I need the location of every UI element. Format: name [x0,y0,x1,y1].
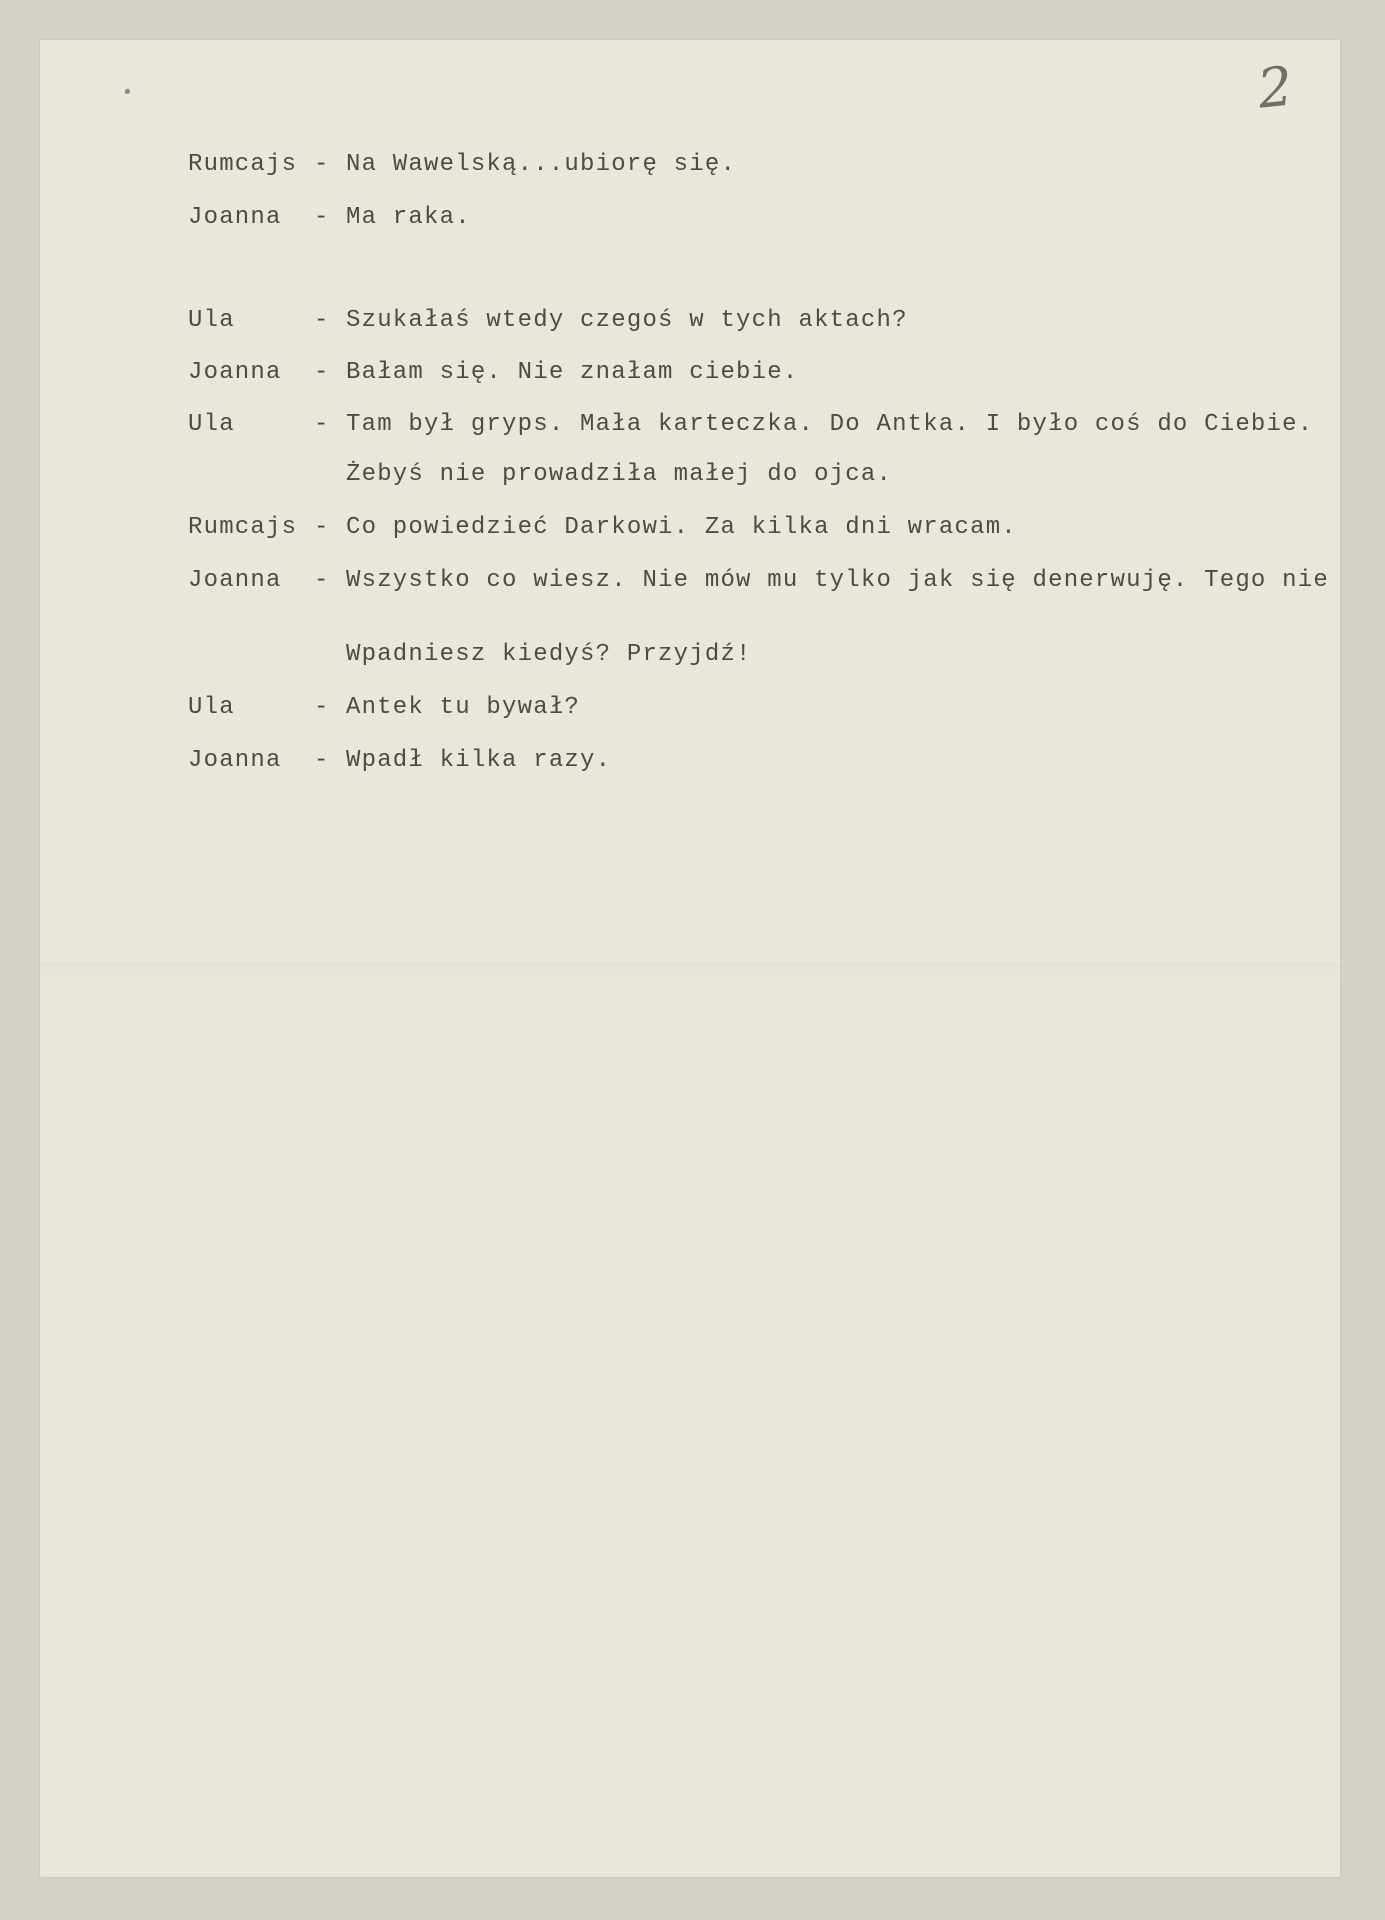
page-number: 2 [1255,54,1296,120]
punch-mark [122,88,131,94]
speaker-name: Joanna [188,358,308,388]
speaker-name: Rumcajs [188,150,308,180]
speaker-name: Rumcajs [188,513,308,543]
dialogue-text: Na Wawelską...ubiorę się. [346,150,736,180]
dialogue-text: Co powiedzieć Darkowi. Za kilka dni wrac… [346,513,1017,543]
dialogue-dash: - [314,358,330,388]
speaker-name: Joanna [188,566,308,596]
dialogue-dash: - [314,306,330,336]
dialogue-text: Wszystko co wiesz. Nie mów mu tylko jak … [346,566,1329,596]
speaker-name: Joanna [188,746,308,776]
paper-sheet: 2 Rumcajs - Na Wawelską...ubiorę się. Jo… [40,40,1340,1877]
dialogue-text: Wpadł kilka razy. [346,746,611,776]
dialogue-dash: - [314,203,330,233]
dialogue-text: Antek tu bywał? [346,693,580,723]
dialogue-text: Tam był gryps. Mała karteczka. Do Antka.… [346,410,1313,440]
dialogue-dash: - [314,566,330,596]
dialogue-dash: - [314,693,330,723]
dialogue-dash: - [314,410,330,440]
speaker-name: Joanna [188,203,308,233]
speaker-name: Ula [188,693,308,723]
dialogue-dash: - [314,513,330,543]
dialogue-text: Szukałaś wtedy czegoś w tych aktach? [346,306,908,336]
dialogue-text: Żebyś nie prowadziła małej do ojca. [346,460,892,490]
dialogue-dash: - [314,150,330,180]
dialogue-text: Ma raka. [346,203,471,233]
dialogue-text: Wpadniesz kiedyś? Przyjdź! [346,640,752,670]
speaker-name: Ula [188,306,308,336]
dialogue-text: Bałam się. Nie znałam ciebie. [346,358,798,388]
dialogue-dash: - [314,746,330,776]
paper-fold-shadow [40,963,1340,981]
speaker-name: Ula [188,410,308,440]
